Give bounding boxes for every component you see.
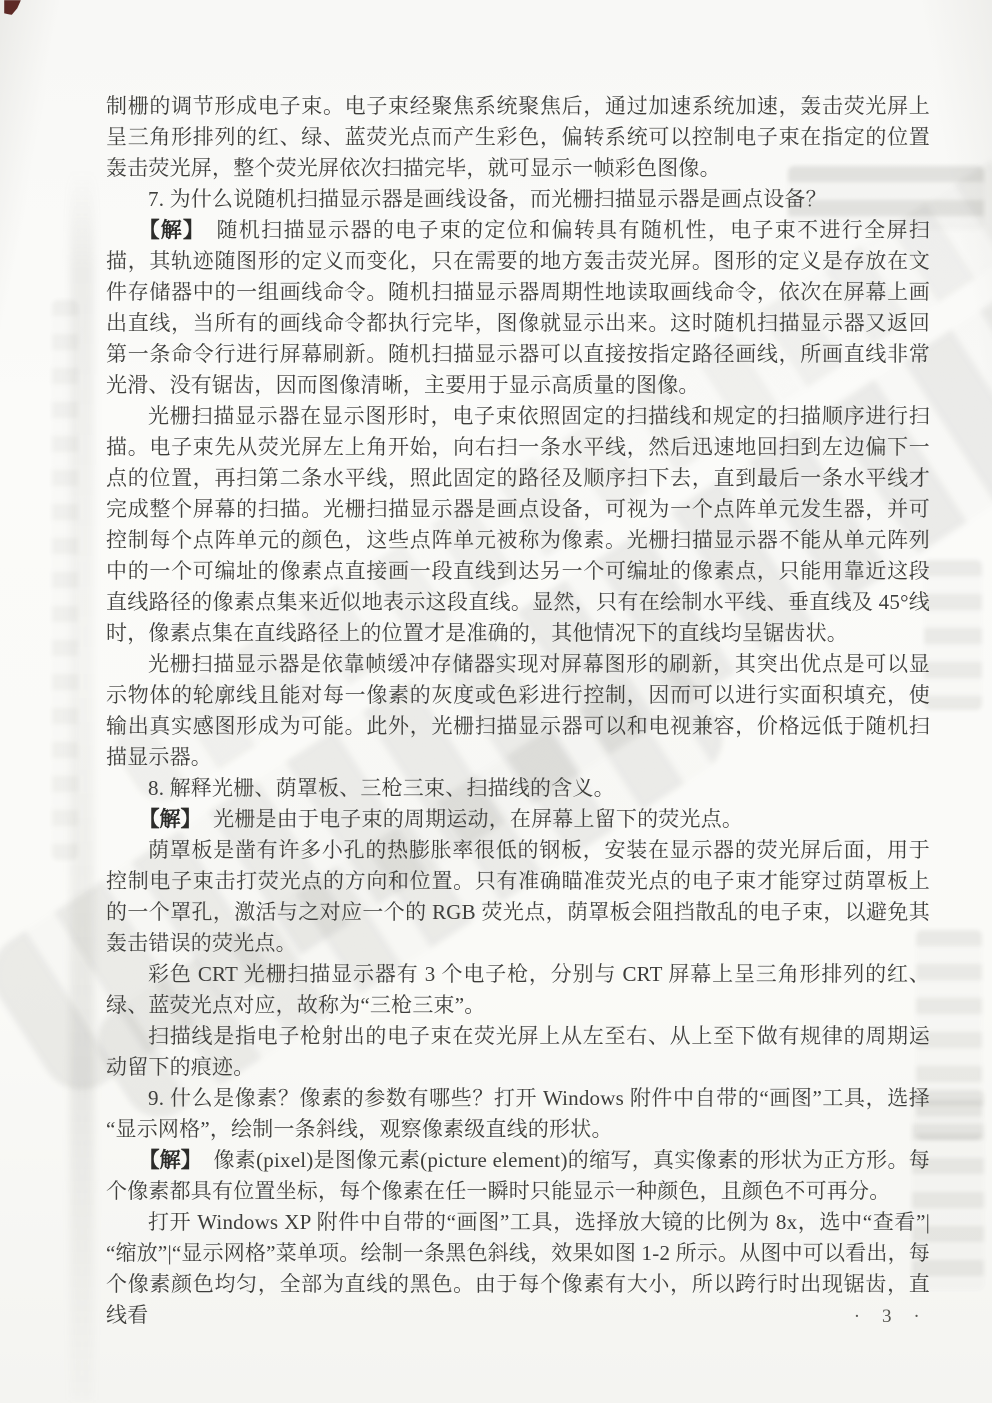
solution-7-paragraph-2: 光栅扫描显示器在显示图形时，电子束依照固定的扫描线和规定的扫描顺序进行扫描。电子…: [106, 401, 930, 649]
spine-shadow: [70, 170, 94, 1400]
carryover-paragraph: 制栅的调节形成电子束。电子束经聚焦系统聚焦后，通过加速系统加速，轰击荧光屏上呈三…: [106, 91, 930, 184]
paragraph-text: 随机扫描显示器的电子束的定位和偏转具有随机性，电子束不进行全屏扫描，其轨迹随图形…: [106, 218, 930, 397]
ink-bleed-ghost: [924, 560, 982, 710]
solution-8-paragraph-3: 彩色 CRT 光栅扫描显示器有 3 个电子枪，分别与 CRT 屏幕上呈三角形排列…: [106, 959, 930, 1021]
scanned-book-page: 制栅的调节形成电子束。电子束经聚焦系统聚焦后，通过加速系统加速，轰击荧光屏上呈三…: [0, 0, 992, 1403]
footer-page-number: · 3 ·: [826, 1306, 956, 1328]
solution-8-paragraph-2: 荫罩板是凿有许多小孔的热膨胀率很低的钢板，安装在显示器的荧光屏后面，用于控制电子…: [106, 835, 930, 959]
solution-label: 【解】: [139, 1148, 202, 1172]
question-7: 7. 为什么说随机扫描显示器是画线设备，而光栅扫描显示器是画点设备？: [106, 184, 930, 215]
page-text-content: 制栅的调节形成电子束。电子束经聚焦系统聚焦后，通过加速系统加速，轰击荧光屏上呈三…: [106, 91, 930, 1331]
paragraph-text: 像素(pixel)是图像元素(picture element)的缩写，真实像素的…: [106, 1148, 930, 1203]
question-8: 8. 解释光栅、荫罩板、三枪三束、扫描线的含义。: [106, 773, 930, 804]
solution-9-paragraph-2: 打开 Windows XP 附件中自带的“画图”工具，选择放大镜的比例为 8x，…: [106, 1207, 930, 1331]
paragraph-text: 光栅是由于电子束的周期运动，在屏幕上留下的荧光点。: [213, 807, 743, 831]
solution-9-paragraph-1: 【解】像素(pixel)是图像元素(picture element)的缩写，真实…: [106, 1145, 930, 1207]
solution-8-paragraph-1: 【解】光栅是由于电子束的周期运动，在屏幕上留下的荧光点。: [106, 804, 930, 835]
solution-label: 【解】: [139, 807, 202, 831]
question-9: 9. 什么是像素？像素的参数有哪些？打开 Windows 附件中自带的“画图”工…: [106, 1083, 930, 1145]
scan-corner-stain: [4, 0, 21, 15]
solution-7-paragraph-3: 光栅扫描显示器是依靠帧缓冲存储器实现对屏幕图形的刷新，其突出优点是可以显示物体的…: [106, 649, 930, 773]
solution-label: 【解】: [139, 218, 205, 242]
solution-8-paragraph-4: 扫描线是指电子枪射出的电子束在荧光屏上从左至右、从上至下做有规律的周期运动留下的…: [106, 1021, 930, 1083]
solution-7-paragraph-1: 【解】随机扫描显示器的电子束的定位和偏转具有随机性，电子束不进行全屏扫描，其轨迹…: [106, 215, 930, 401]
